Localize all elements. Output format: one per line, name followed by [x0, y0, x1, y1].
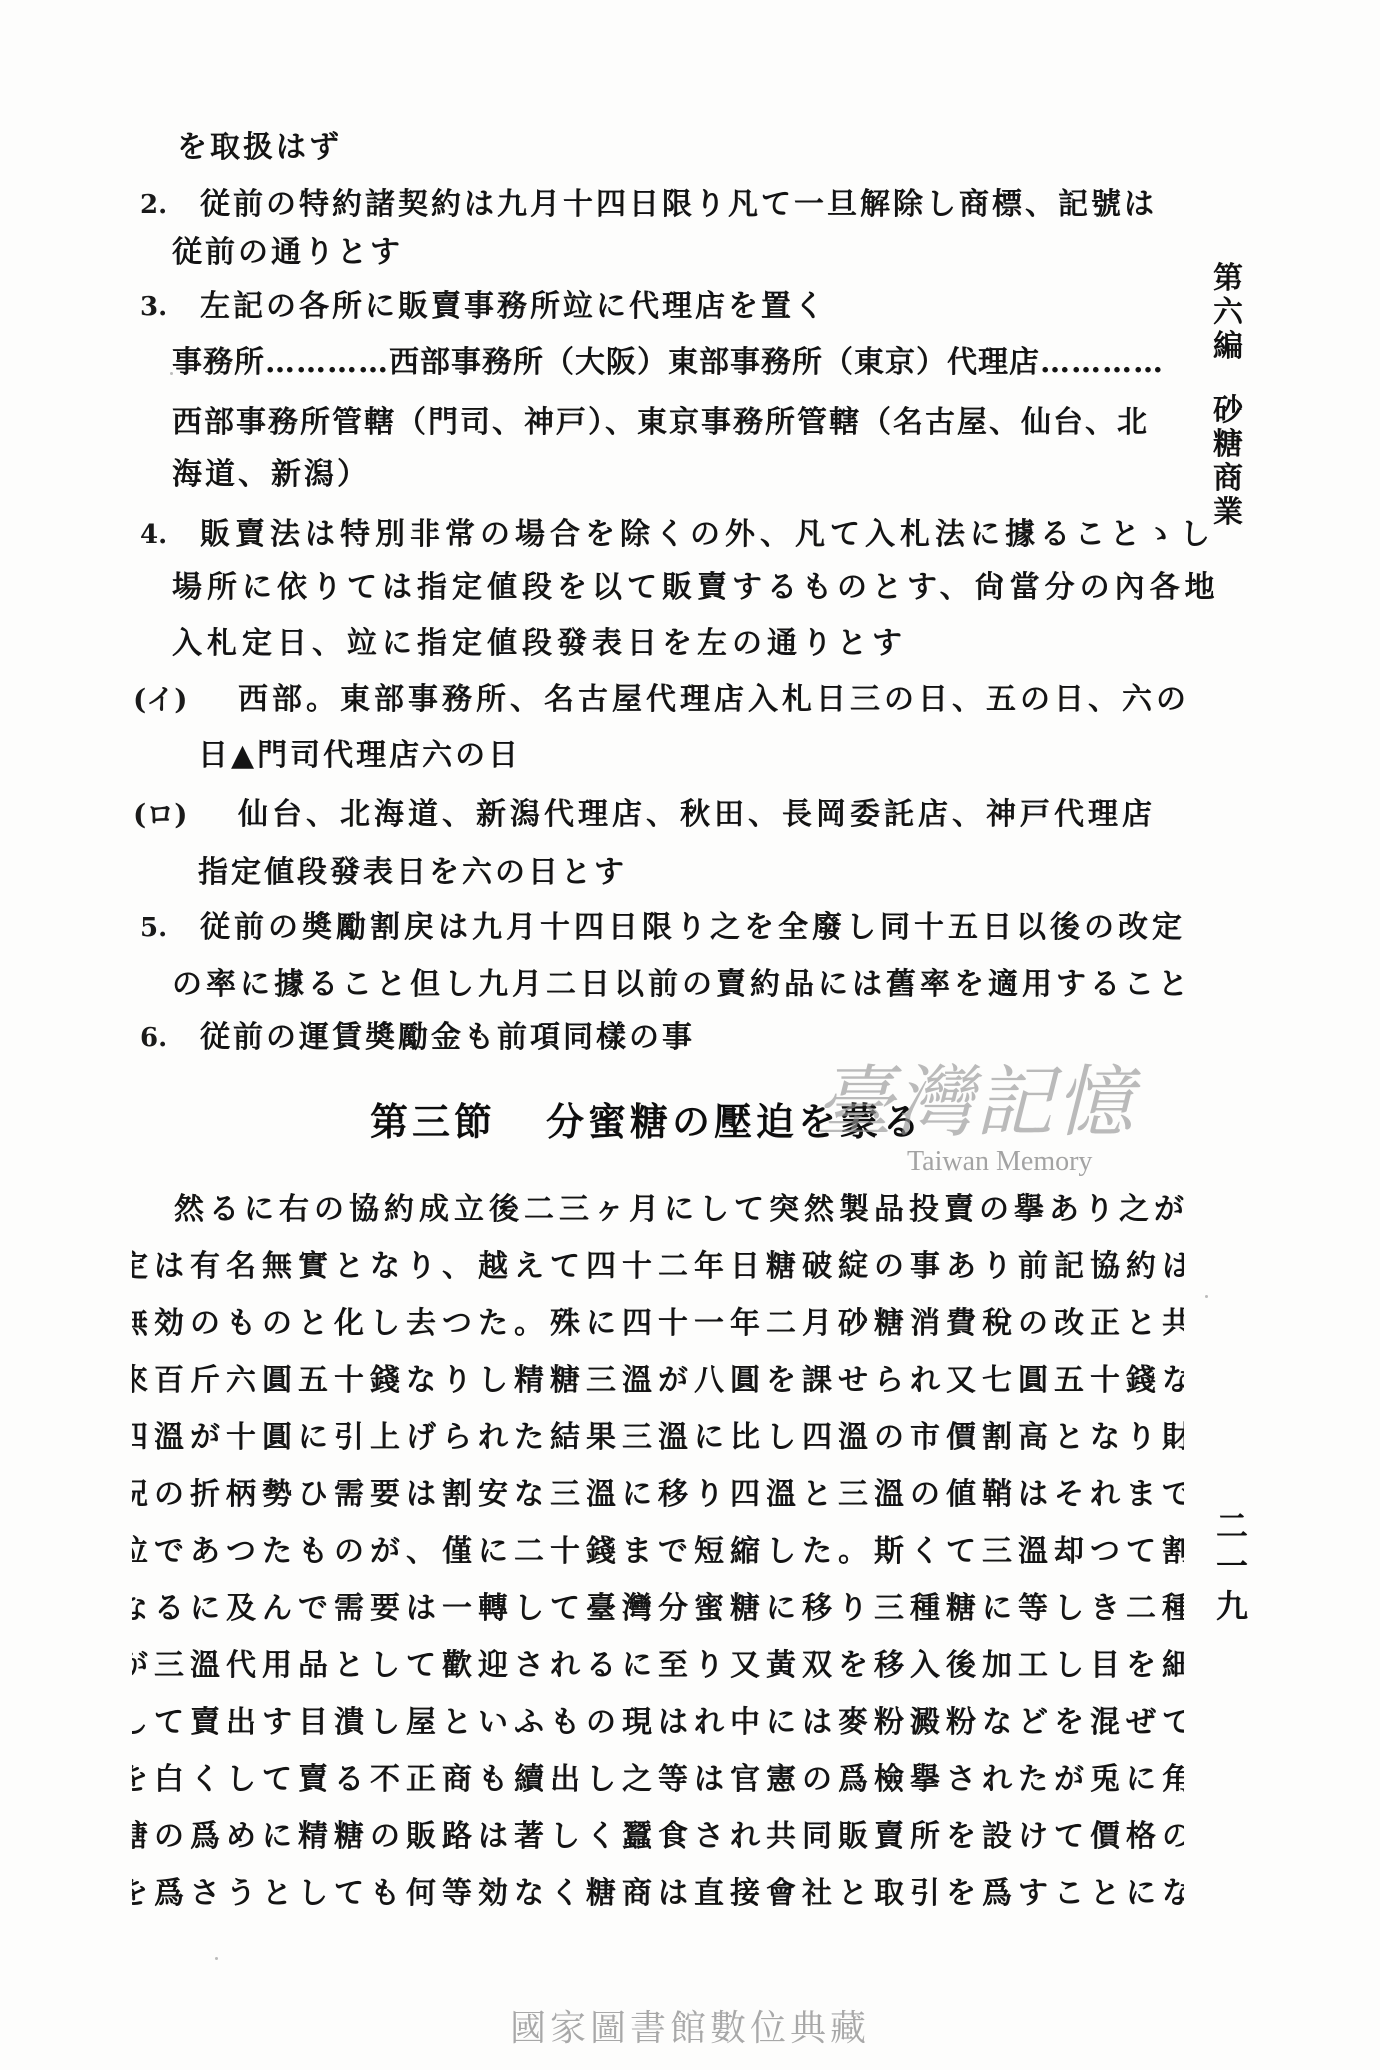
item-4-line-2: 場所に依りては指定値段を以て販賣するものとす、尙當分の內各地	[172, 568, 1220, 608]
header-char: 糖	[1208, 428, 1248, 462]
body-line: 然るに右の協約成立後二三ヶ月にして突然製品投賣の擧あり之が爲協	[174, 1190, 1184, 1230]
library-footer: 國家圖書館數位典藏	[0, 2000, 1380, 2051]
scanned-page: を取扱はず 2. 従前の特約諸契約は九月十四日限り凡て一旦解除し商標、記號は 従…	[0, 0, 1380, 2070]
item-number: 3.	[140, 287, 167, 327]
header-char: 六	[1208, 296, 1248, 330]
item-3-line-4: 海道、新潟）	[172, 455, 370, 495]
body-line: 糖の爲めに精糖の販路は著しく蠶食され共同販賣所を設けて價格の釣上	[132, 1817, 1184, 1857]
header-char: 編	[1208, 330, 1248, 364]
item-5-line-2: の率に據ること但し九月二日以前の賣約品には舊率を適用すること	[172, 965, 1192, 1005]
item-i-line-2: 日▲門司代理店六の日	[198, 736, 521, 776]
header-char: 第	[1208, 262, 1248, 296]
body-line: 來百斤六圓五十錢なりし精糖三溫が八圓を課せられ又七圓五十錢なりし	[132, 1361, 1184, 1401]
body-line: 位であつたものが、僅に二十錢まで短縮した。斯くて三溫却つて割高と	[132, 1532, 1184, 1572]
body-line: を爲さうとしても何等効なく糖商は直接會社と取引を爲すことになつた	[132, 1874, 1184, 1914]
body-line: 無効のものと化し去つた。殊に四十一年二月砂糖消費稅の改正と共に從	[132, 1304, 1184, 1344]
list-continuation: を取扱はず	[177, 128, 342, 168]
item-5-line-1: 従前の奬勵割戻は九月十四日限り之を全廢し同十五日以後の改定	[200, 908, 1186, 948]
item-6-line-1: 従前の運賃奬勵金も前項同樣の事	[200, 1018, 695, 1058]
body-line: して賣出す目潰し屋といふもの現はれ中には麥粉澱粉などを混ぜて色相	[132, 1703, 1184, 1743]
item-3-line-3: 西部事務所管轄（門司、神戸）、東京事務所管轄（名古屋、仙台、北	[172, 403, 1149, 443]
item-2-line-2: 従前の通りとす	[172, 233, 403, 273]
body-line: 四溫が十圓に引上げられた結果三溫に比し四溫の市價割高となり財界不	[132, 1418, 1184, 1458]
section-title: 分蜜糖の壓迫を蒙る	[546, 1099, 924, 1144]
scan-speck	[170, 372, 173, 375]
watermark-english: Taiwan Memory	[907, 1146, 1092, 1178]
item-ro-line-1: 仙台、北海道、新潟代理店、秋田、長岡委託店、神戸代理店	[238, 795, 1156, 835]
item-ro-line-2: 指定値段發表日を六の日とす	[198, 853, 627, 893]
page-number-char: 二	[1212, 1506, 1252, 1546]
item-number: (ロ)	[133, 795, 188, 835]
item-number: (イ)	[133, 680, 188, 720]
header-char: 砂	[1208, 394, 1248, 428]
item-3-line-1: 左記の各所に販賣事務所竝に代理店を置く	[200, 287, 827, 327]
section-heading: 第三節分蜜糖の壓迫を蒙る	[370, 1097, 924, 1147]
item-number: 2.	[140, 185, 167, 225]
header-char: 業	[1208, 496, 1248, 530]
item-number: 5.	[140, 908, 167, 948]
item-2-line-1: 従前の特約諸契約は九月十四日限り凡て一旦解除し商標、記號は	[200, 185, 1157, 225]
body-line: を白くして賣る不正商も續出し之等は官憲の爲檢擧されたが兎に角分蜜	[132, 1760, 1184, 1800]
body-line: 定は有名無實となり、越えて四十二年日糖破綻の事あり前記協約は全然	[132, 1247, 1184, 1287]
page-number-char: 九	[1212, 1586, 1252, 1626]
page-number-char: 一	[1212, 1546, 1252, 1586]
scan-speck	[215, 1957, 218, 1960]
section-label: 第三節	[370, 1099, 496, 1144]
body-paragraph: 然るに右の協約成立後二三ヶ月にして突然製品投賣の擧あり之が爲協 定は有名無實とな…	[132, 1190, 1184, 1920]
page-number: 二 一 九	[1212, 1506, 1252, 1626]
body-line: 況の折柄勢ひ需要は割安な三溫に移り四溫と三溫の値鞘はそれまで一圓	[132, 1475, 1184, 1515]
item-number: 6.	[140, 1018, 167, 1058]
running-header: 第 六 編 砂 糖 商 業	[1208, 262, 1248, 530]
item-number: 4.	[140, 515, 167, 555]
body-line: が三溫代用品として歡迎されるに至り又黃双を移入後加工し目を細かく	[132, 1646, 1184, 1686]
item-4-line-3: 入札定日、竝に指定値段發表日を左の通りとす	[172, 624, 907, 664]
body-line: なるに及んで需要は一轉して臺灣分蜜糖に移り三種糖に等しき二種車糖	[132, 1589, 1184, 1629]
header-char: 商	[1208, 462, 1248, 496]
item-4-line-1: 販賣法は特別非常の場合を除くの外、凡て入札法に據ることゝし	[200, 515, 1215, 555]
scan-speck	[1205, 1295, 1208, 1298]
item-3-line-2: 事務所…………西部事務所（大阪）東部事務所（東京）代理店…………	[172, 343, 1164, 383]
item-i-line-1: 西部。東部事務所、名古屋代理店入札日三の日、五の日、六の	[238, 680, 1190, 720]
